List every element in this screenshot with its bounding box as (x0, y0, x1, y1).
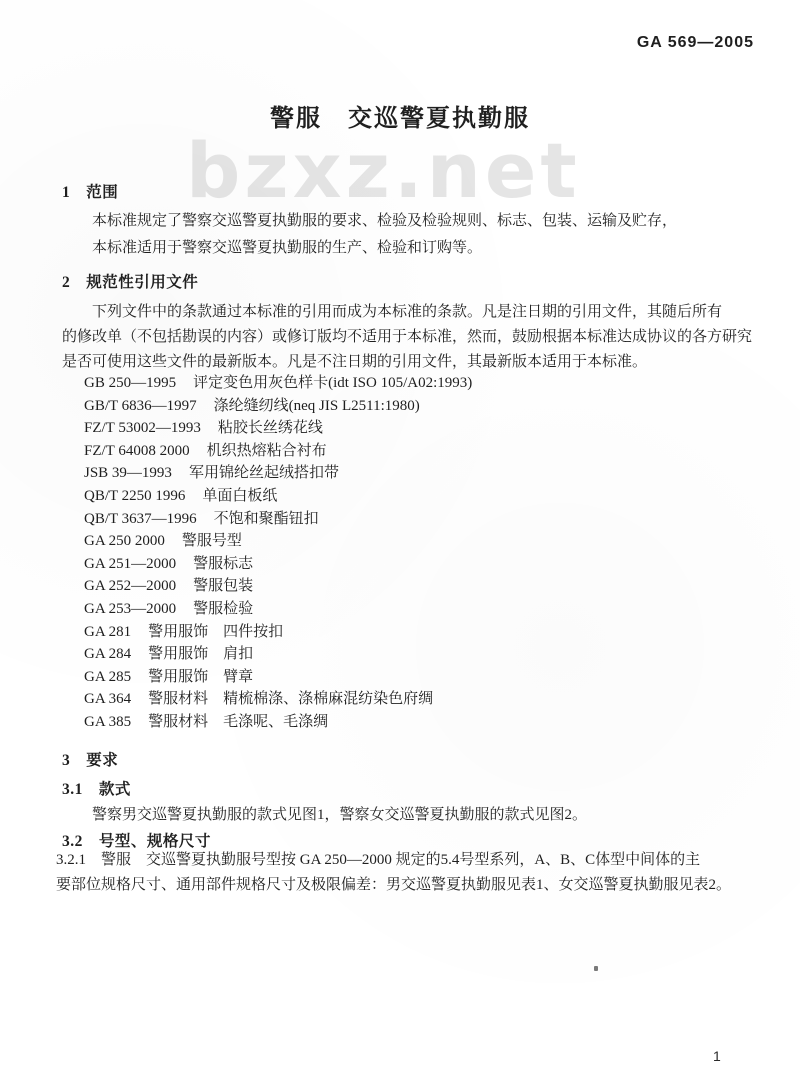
reference-number: GA 385 (84, 714, 131, 730)
reference-title: 警服材料 毛涤呢、毛涤绸 (148, 714, 328, 730)
paragraph-line: 下列文件中的条款通过本标准的引用而成为本标准的条款。凡是注日期的引用文件，其随后… (62, 300, 752, 325)
reference-number: GA 285 (84, 669, 131, 685)
section-2-intro-paragraph: 下列文件中的条款通过本标准的引用而成为本标准的条款。凡是注日期的引用文件，其随后… (62, 300, 752, 375)
reference-item: GB/T 6836—1997涤纶缝纫线(neq JIS L2511:1980) (84, 395, 472, 418)
reference-title: 警用服饰 肩扣 (148, 646, 253, 662)
reference-item: FZ/T 64008 2000机织热熔粘合衬布 (84, 440, 472, 463)
reference-title: 涤纶缝纫线(neq JIS L2511:1980) (214, 398, 420, 414)
reference-title: 军用锦纶丝起绒搭扣带 (189, 465, 339, 481)
paragraph-line: 本标准规定了警察交巡警夏执勤服的要求、检验及检验规则、标志、包装、运输及贮存， (92, 208, 677, 235)
reference-title: 警服检验 (193, 601, 253, 617)
reference-number: JSB 39—1993 (84, 465, 172, 481)
reference-item: JSB 39—1993军用锦纶丝起绒搭扣带 (84, 462, 472, 485)
document-page: bzxz.net GA 569—2005 警服 交巡警夏执勤服 1 范围 本标准… (0, 0, 800, 1078)
section-3-heading: 3 要求 (62, 748, 118, 770)
reference-number: GB/T 6836—1997 (84, 398, 197, 414)
paragraph-line: 要部位规格尺寸、通用部件规格尺寸及极限偏差：男交巡警夏执勤服见表1、女交巡警夏执… (56, 873, 731, 898)
reference-title: 警服标志 (193, 556, 253, 572)
reference-item: QB/T 2250 1996单面白板纸 (84, 485, 472, 508)
document-content: GA 569—2005 警服 交巡警夏执勤服 1 范围 本标准规定了警察交巡警夏… (0, 0, 800, 1078)
reference-item: GA 251—2000警服标志 (84, 553, 472, 576)
reference-number: GA 281 (84, 624, 131, 640)
reference-number: GA 364 (84, 691, 131, 707)
reference-item: GA 281警用服饰 四件按扣 (84, 621, 472, 644)
scan-artifact-dot (594, 966, 598, 971)
section-3-2-1-paragraph: 3.2.1 警服 交巡警夏执勤服号型按 GA 250—2000 规定的5.4号型… (56, 848, 731, 897)
reference-number: GB 250—1995 (84, 375, 176, 391)
paragraph-line: 3.2.1 警服 交巡警夏执勤服号型按 GA 250—2000 规定的5.4号型… (56, 848, 731, 873)
reference-number: QB/T 2250 1996 (84, 488, 185, 504)
reference-number: QB/T 3637—1996 (84, 511, 197, 527)
document-title: 警服 交巡警夏执勤服 (0, 98, 800, 133)
reference-item: GA 284警用服饰 肩扣 (84, 643, 472, 666)
page-number: 1 (713, 1048, 721, 1064)
reference-item: FZ/T 53002—1993粘胶长丝绣花线 (84, 417, 472, 440)
reference-number: GA 252—2000 (84, 578, 176, 594)
reference-title: 警服包装 (193, 578, 253, 594)
reference-number: GA 250 2000 (84, 533, 165, 549)
reference-item: GA 253—2000警服检验 (84, 598, 472, 621)
reference-number: GA 251—2000 (84, 556, 176, 572)
reference-title: 警用服饰 四件按扣 (148, 624, 283, 640)
reference-item: GA 385警服材料 毛涤呢、毛涤绸 (84, 711, 472, 734)
paragraph-line: 的修改单（不包括勘误的内容）或修订版均不适用于本标准，然而，鼓励根据本标准达成协… (62, 325, 752, 350)
section-3-1-heading: 3.1 款式 (62, 777, 131, 799)
section-1-heading: 1 范围 (62, 180, 118, 202)
reference-number: GA 253—2000 (84, 601, 176, 617)
reference-title: 警用服饰 臂章 (148, 669, 253, 685)
reference-item: GA 364警服材料 精梳棉涤、涤棉麻混纺染色府绸 (84, 688, 472, 711)
section-2-heading: 2 规范性引用文件 (62, 270, 198, 292)
standard-number: GA 569—2005 (637, 34, 754, 52)
reference-title: 评定变色用灰色样卡(idt ISO 105/A02:1993) (193, 375, 472, 391)
reference-title: 机织热熔粘合衬布 (207, 443, 327, 459)
reference-item: GA 252—2000警服包装 (84, 575, 472, 598)
reference-number: FZ/T 53002—1993 (84, 420, 201, 436)
reference-item: QB/T 3637—1996不饱和聚酯钮扣 (84, 508, 472, 531)
section-1-paragraph: 本标准规定了警察交巡警夏执勤服的要求、检验及检验规则、标志、包装、运输及贮存， … (92, 208, 677, 262)
paragraph-line: 本标准适用于警察交巡警夏执勤服的生产、检验和订购等。 (92, 235, 677, 262)
reference-number: GA 284 (84, 646, 131, 662)
reference-item: GA 250 2000警服号型 (84, 530, 472, 553)
reference-title: 警服材料 精梳棉涤、涤棉麻混纺染色府绸 (148, 691, 433, 707)
reference-list: GB 250—1995评定变色用灰色样卡(idt ISO 105/A02:199… (84, 372, 472, 734)
reference-number: FZ/T 64008 2000 (84, 443, 190, 459)
reference-title: 粘胶长丝绣花线 (218, 420, 323, 436)
reference-item: GA 285警用服饰 臂章 (84, 666, 472, 689)
reference-item: GB 250—1995评定变色用灰色样卡(idt ISO 105/A02:199… (84, 372, 472, 395)
reference-title: 单面白板纸 (202, 488, 277, 504)
reference-title: 不饱和聚酯钮扣 (214, 511, 319, 527)
reference-title: 警服号型 (182, 533, 242, 549)
section-3-1-paragraph: 警察男交巡警夏执勤服的款式见图1，警察女交巡警夏执勤服的款式见图2。 (92, 803, 587, 824)
